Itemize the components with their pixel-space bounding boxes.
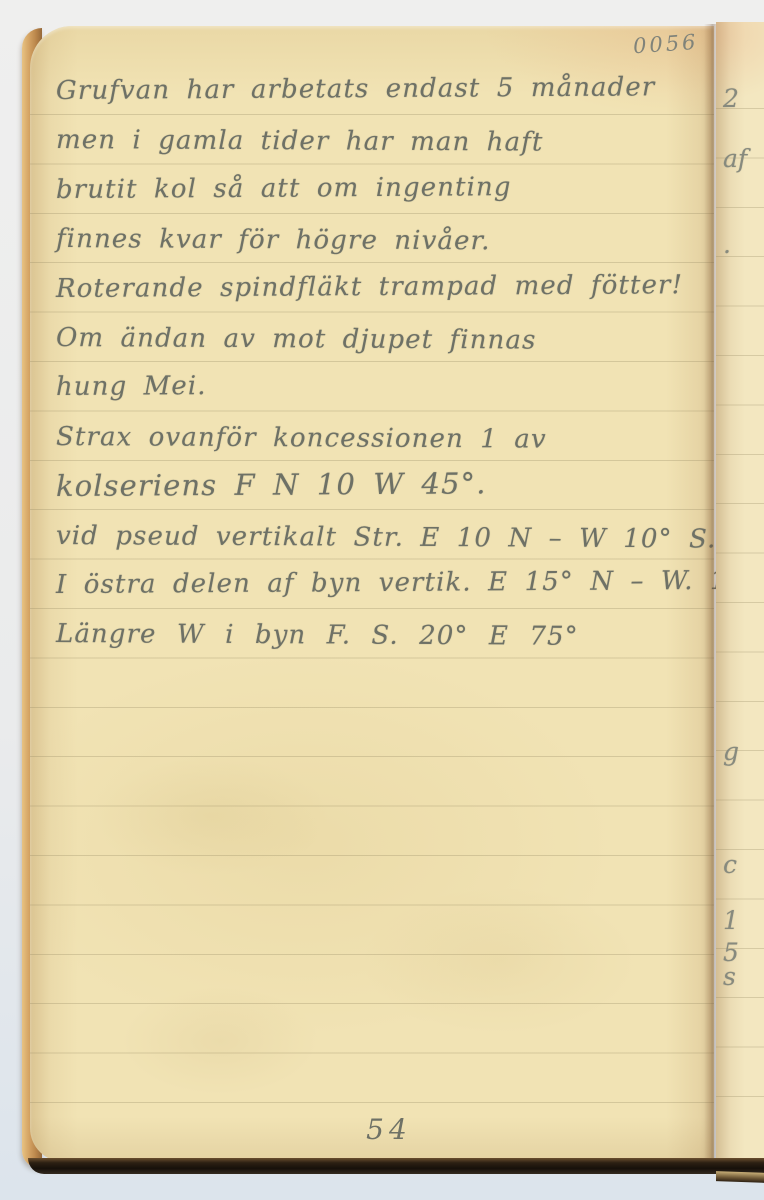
handwritten-line: I östra delen af byn vertik. E 15° N – W… bbox=[56, 557, 708, 610]
handwriting-fragment: s bbox=[723, 962, 736, 991]
handwritten-line: Längre W i byn F. S. 20° E 75° bbox=[56, 610, 708, 663]
handwriting-fragment: g bbox=[723, 737, 739, 766]
handwriting-fragment: . bbox=[723, 230, 731, 259]
handwritten-text-block: Grufvan har arbetats endast 5 månader me… bbox=[56, 67, 708, 660]
page-number: 54 bbox=[30, 1113, 714, 1146]
notebook-page: 0056 Grufvan har arbetats endast 5 månad… bbox=[30, 26, 714, 1162]
handwriting-fragment: 2 bbox=[723, 84, 739, 113]
notebook-scan: 0056 Grufvan har arbetats endast 5 månad… bbox=[22, 22, 764, 1182]
handwritten-line: men i gamla tider har man haft bbox=[56, 116, 708, 169]
handwritten-line: kolseriens F N 10 W 45°. bbox=[56, 458, 708, 511]
handwriting-fragment: af bbox=[723, 144, 747, 173]
paper-stain bbox=[120, 986, 320, 1096]
paper-stain bbox=[360, 886, 640, 1036]
handwritten-line: Grufvan har arbetats endast 5 månader bbox=[56, 63, 708, 116]
archive-stamp-number: 0056 bbox=[632, 30, 699, 59]
handwritten-line: hung Mei. bbox=[56, 359, 708, 412]
handwriting-fragment: c bbox=[723, 850, 737, 879]
handwritten-line: finnes kvar för högre nivåer. bbox=[56, 215, 708, 268]
adjacent-page-sliver: 2 af . g c 1 5 s bbox=[716, 22, 764, 1176]
handwritten-line: Roterande spindfläkt trampad med fötter! bbox=[56, 261, 708, 314]
paper-stain bbox=[90, 756, 330, 876]
book-page-block-edge bbox=[28, 1158, 764, 1174]
handwritten-line: brutit kol så att om ingenting bbox=[56, 162, 708, 215]
book-page-block-edge-right bbox=[716, 1171, 764, 1183]
handwriting-fragment: 1 bbox=[723, 906, 739, 935]
handwritten-line: vid pseud vertikalt Str. E 10 N – W 10° … bbox=[56, 512, 708, 565]
